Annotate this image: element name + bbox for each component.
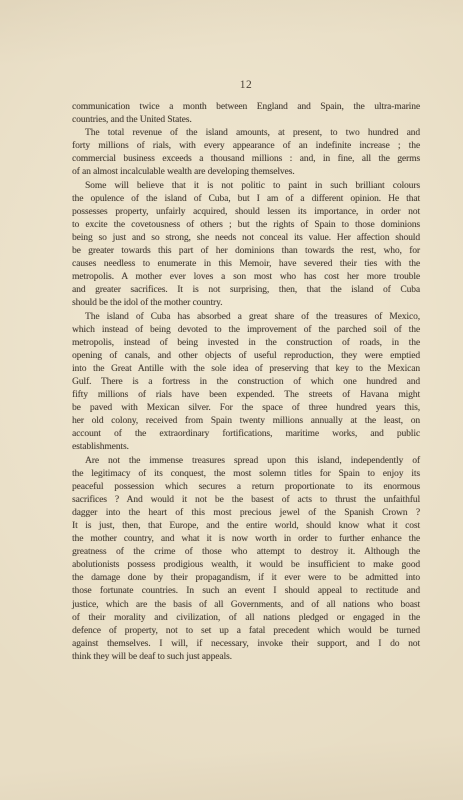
text-line: the legitimacy of its conquest, the most… — [72, 468, 420, 481]
text-line: the damage done by their propagandism, i… — [72, 572, 420, 585]
text-line: The total revenue of the island amounts,… — [72, 127, 420, 140]
text-line: fifty millions of rials have been expend… — [72, 389, 420, 402]
text-line: commercial business exceeds a thousand m… — [72, 153, 420, 166]
text-line: establishments. — [72, 441, 420, 454]
text-line: metropolis. A mother ever loves a son mo… — [72, 271, 420, 284]
text-line: Gulf. There is a fortress in the constru… — [72, 376, 420, 389]
text-block: communication twice a month between Engl… — [72, 101, 420, 664]
page-number: 12 — [72, 79, 420, 91]
book-page: 12 communication twice a month between E… — [0, 0, 463, 800]
text-line: Some will believe that it is not politic… — [72, 180, 420, 193]
text-line: Are not the immense treasures spread upo… — [72, 455, 420, 468]
text-line: opening of canals, and other objects of … — [72, 350, 420, 363]
text-line: It is just, then, that Europe, and the e… — [72, 520, 420, 533]
text-line: think they will be deaf to such just app… — [72, 651, 420, 664]
text-line: which instead of being devoted to the im… — [72, 324, 420, 337]
text-line: defence of property, not to set up a fat… — [72, 625, 420, 638]
text-line: dagger into the heart of this most preci… — [72, 507, 420, 520]
text-line: The island of Cuba has absorbed a great … — [72, 311, 420, 324]
text-line: countries, and the United States. — [72, 114, 420, 127]
text-line: account of the extraordinary fortificati… — [72, 428, 420, 441]
text-line: forty millions of rials, with every appe… — [72, 140, 420, 153]
text-line: be greater towards this part of her domi… — [72, 245, 420, 258]
text-line: into the Great Antille with the sole ide… — [72, 363, 420, 376]
text-line: being so just and so strong, she needs n… — [72, 232, 420, 245]
text-line: justice, which are the basis of all Gove… — [72, 599, 420, 612]
text-line: peaceful possession which secures a retu… — [72, 481, 420, 494]
text-line: possesses property, unfairly acquired, s… — [72, 206, 420, 219]
text-line: those fortunate countries. In such an ev… — [72, 585, 420, 598]
text-line: should be the idol of the mother country… — [72, 297, 420, 310]
text-line: abolutionists possess prodigious wealth,… — [72, 559, 420, 572]
text-line: against themselves. I will, if necessary… — [72, 638, 420, 651]
text-line: sacrifices ? And would it not be the bas… — [72, 494, 420, 507]
text-line: metropolis, instead of being invested in… — [72, 337, 420, 350]
text-line: communication twice a month between Engl… — [72, 101, 420, 114]
text-line: the mother country, and what it is now w… — [72, 533, 420, 546]
text-line: of an almost incalculable wealth are dev… — [72, 166, 420, 179]
text-line: and greater sacrifices. It is not surpri… — [72, 284, 420, 297]
text-line: causes needless to enumerate in this Mem… — [72, 258, 420, 271]
text-line: greatness of the crime of those who atte… — [72, 546, 420, 559]
text-line: be paved with Mexican silver. For the sp… — [72, 402, 420, 415]
text-line: to excite the covetousness of others ; b… — [72, 219, 420, 232]
text-line: her old colony, received from Spain twen… — [72, 415, 420, 428]
text-line: the opulence of the island of Cuba, but … — [72, 193, 420, 206]
text-line: of their morality and civilization, of a… — [72, 612, 420, 625]
